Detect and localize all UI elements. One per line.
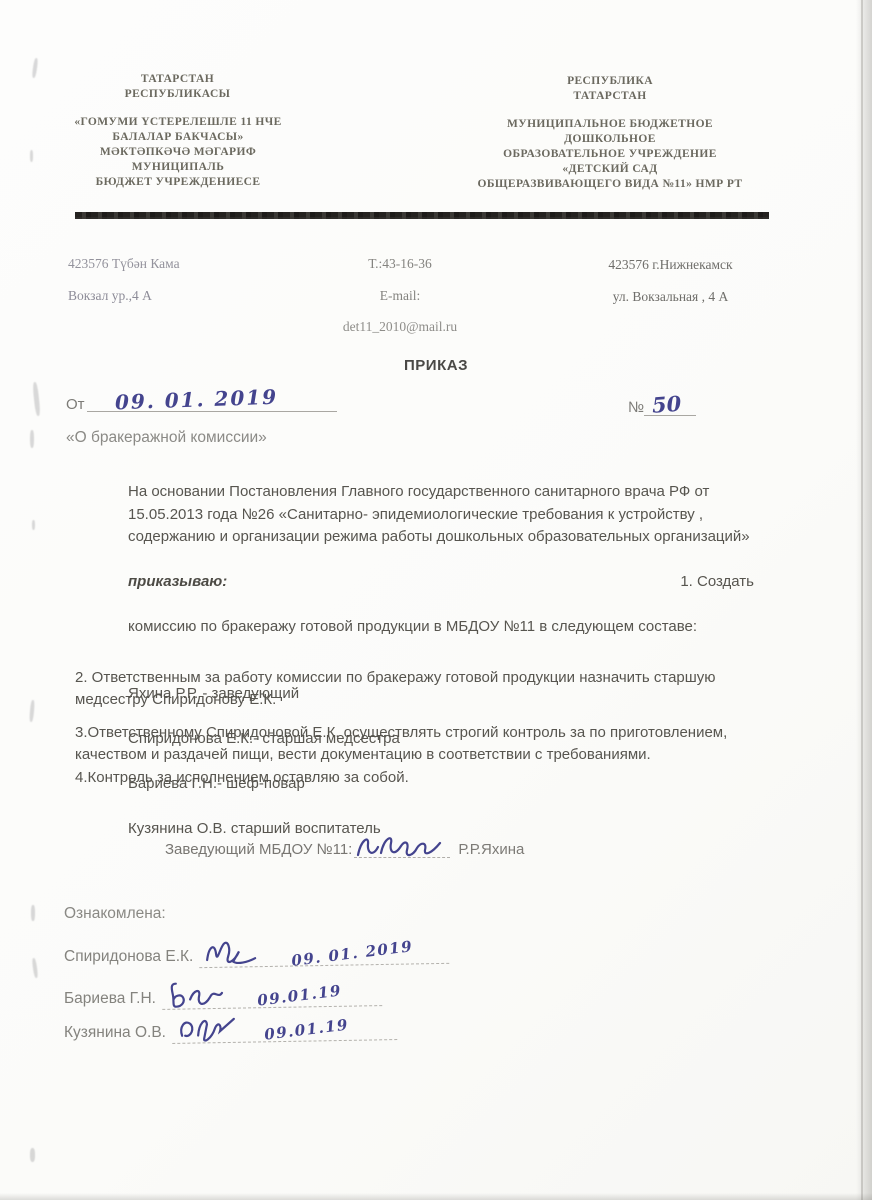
letterhead-left-region: ТАТАРСТАН РЕСПУБЛИКАСЫ: [70, 72, 285, 102]
decree-row: приказываю: 1. Создать: [128, 571, 796, 593]
yakhina-signature-icon: [354, 831, 448, 861]
scan-artifact: [29, 700, 35, 722]
intro-paragraph: На основании Постановления Главного госу…: [128, 481, 796, 548]
phone-number: Т.:43-16-36: [300, 256, 500, 272]
letterhead-right-org-name: МУНИЦИПАЛЬНОЕ БЮДЖЕТНОЕ ДОШКОЛЬНОЕ ОБРАЗ…: [440, 117, 780, 192]
item1-lead: 1. Создать: [680, 571, 754, 593]
item4-paragraph: 4.Контроль за исполнением оставляю за со…: [75, 767, 795, 789]
head-signature-row: Заведующий МБДОУ №11: Р.Р.Яхина: [165, 832, 524, 858]
head-signature-line: [354, 832, 450, 858]
scan-artifact: [32, 382, 41, 416]
decree-word: приказываю:: [128, 571, 227, 593]
contact-column-center: Т.:43-16-36 E-mail: det11_2010@mail.ru: [300, 256, 500, 335]
order-date-row: От09. 01. 2019: [66, 390, 337, 413]
postal-code-russian: 423576 г.Нижнекамск: [553, 257, 788, 273]
handwritten-order-number: 50: [643, 391, 682, 419]
ack-name: Бариева Г.Н.: [64, 990, 156, 1008]
head-name: Р.Р.Яхина: [458, 841, 524, 858]
page-edge-shadow: [856, 0, 872, 1200]
kuzyanina-signature-icon: [176, 1011, 243, 1048]
ack-name: Кузянина О.В.: [64, 1024, 166, 1042]
email-address: det11_2010@mail.ru: [300, 319, 500, 335]
order-body-items-block: 2. Ответственным за работу комиссии по б…: [75, 667, 795, 789]
email-label: E-mail:: [300, 288, 500, 304]
barieva-signature-icon: [166, 979, 229, 1014]
ack-row-kuzyanina: Кузянина О.В. 09.01.19: [64, 1012, 397, 1042]
handwritten-ack-date: 09.01.19: [263, 1015, 350, 1043]
contact-column-tatar: 423576 Түбән Кама Вокзал ур.,4 А: [68, 256, 278, 304]
ack-name: Спиридонова Е.К.: [64, 948, 193, 966]
item3-paragraph: 3.Ответственному Спиридоновой Е.К. осуще…: [75, 722, 795, 767]
scan-artifact: [32, 520, 35, 530]
head-signature-label: Заведующий МБДОУ №11:: [165, 841, 352, 858]
street-tatar: Вокзал ур.,4 А: [68, 288, 278, 304]
order-subject: «О бракеражной комиссии»: [66, 429, 267, 447]
ack-signature-line: 09. 01. 2019: [199, 934, 449, 968]
ack-signature-line: 09.01.19: [172, 1010, 397, 1044]
from-label: От: [66, 396, 85, 413]
scanned-order-document: ТАТАРСТАН РЕСПУБЛИКАСЫ «ГОМУМИ ҮСТЕРЕЛЕШ…: [0, 0, 872, 1200]
handwritten-ack-date: 09. 01. 2019: [291, 937, 415, 970]
spiridonova-signature-icon: [203, 937, 274, 972]
letterhead-divider-bar: [75, 212, 769, 219]
order-number-row: №50: [628, 392, 696, 416]
handwritten-ack-date: 09.01.19: [256, 981, 343, 1009]
paragraph-gap: [75, 712, 795, 722]
item1-continuation: комиссию по бракеражу готовой продукции …: [128, 616, 796, 638]
street-russian: ул. Вокзальная , 4 А: [553, 289, 788, 305]
scan-artifact: [30, 430, 34, 448]
letterhead-left-org-name: «ГОМУМИ ҮСТЕРЕЛЕШЛЕ 11 НЧЕ БАЛАЛАР БАКЧА…: [58, 115, 298, 190]
scan-artifact: [32, 58, 39, 78]
contact-column-russian: 423576 г.Нижнекамск ул. Вокзальная , 4 А: [553, 257, 788, 305]
item2-paragraph: 2. Ответственным за работу комиссии по б…: [75, 667, 795, 712]
ack-row-spiridonova: Спиридонова Е.К. 09. 01. 2019: [64, 936, 449, 966]
order-title: ПРИКАЗ: [0, 357, 872, 374]
postal-code-tatar: 423576 Түбән Кама: [68, 256, 278, 272]
page-bottom-shadow: [0, 1193, 872, 1200]
date-blank-line: 09. 01. 2019: [87, 390, 337, 412]
number-label: №: [628, 399, 644, 416]
scan-artifact: [32, 958, 39, 978]
acknowledged-label: Ознакомлена:: [64, 905, 166, 923]
scan-artifact: [30, 150, 33, 162]
number-blank-line: 50: [644, 392, 696, 416]
page-edge-line: [861, 0, 863, 1200]
letterhead-right-region: РЕСПУБЛИКА ТАТАРСТАН: [450, 74, 770, 104]
scan-artifact: [31, 905, 35, 921]
ack-signature-line: 09.01.19: [162, 976, 382, 1010]
ack-row-barieva: Бариева Г.Н. 09.01.19: [64, 978, 382, 1008]
handwritten-order-date: 09. 01. 2019: [86, 385, 278, 416]
scan-artifact: [30, 1148, 35, 1162]
